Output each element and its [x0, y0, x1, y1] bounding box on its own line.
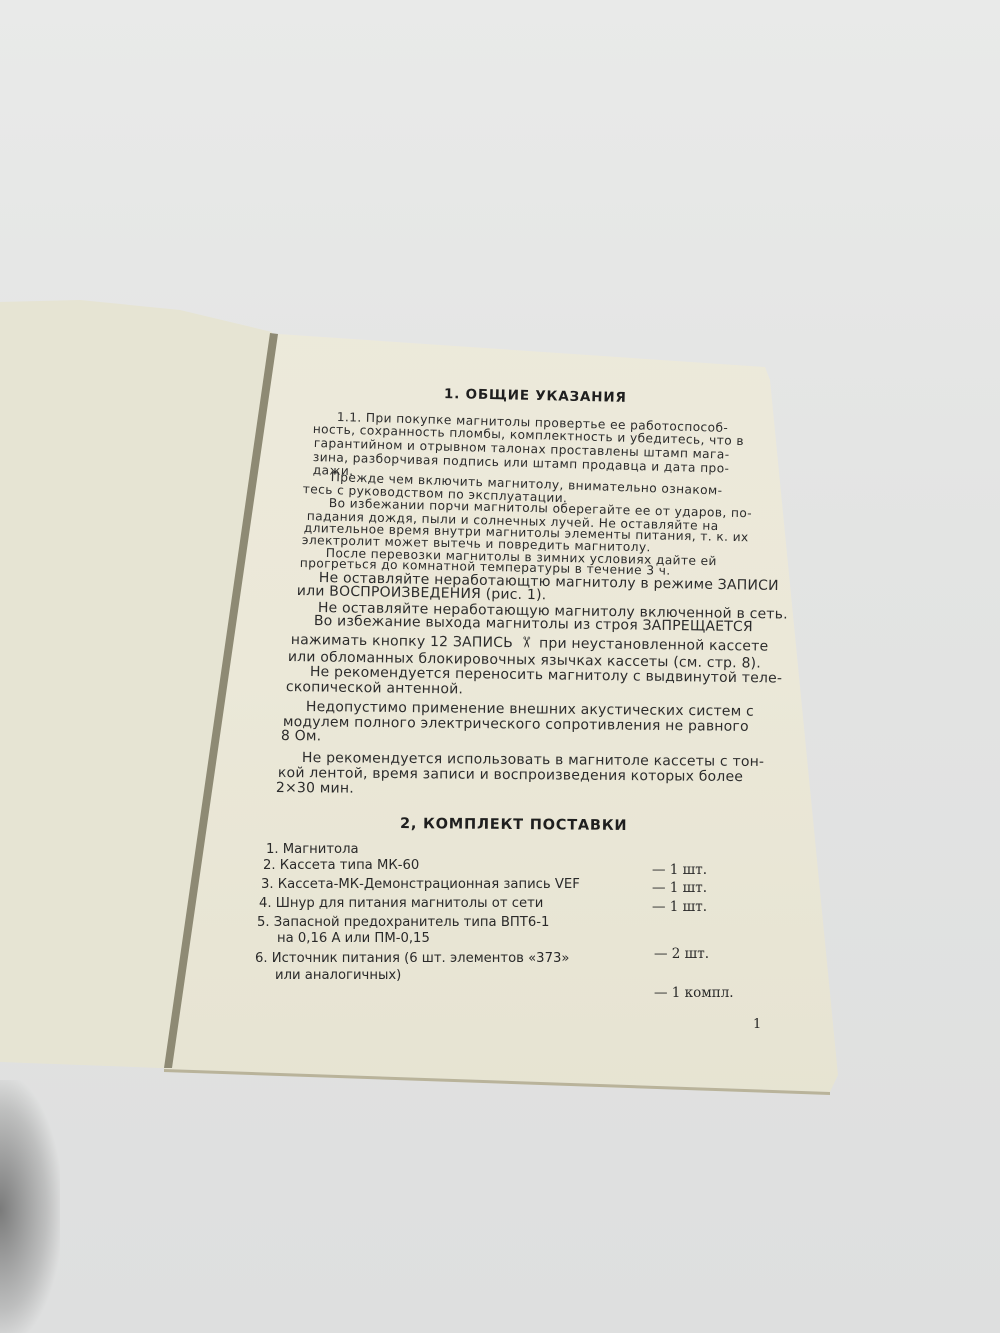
page-content: 1. ОБЩИЕ УКАЗАНИЯ 1.1. При покупке магни…: [0, 0, 1000, 1333]
item-number: 4.: [259, 896, 272, 911]
item-text: Запасной предохранитель типа ВПТ6-1: [274, 915, 550, 930]
page-number: 1: [753, 1017, 761, 1032]
list-item: 5. Запасной предохранитель типа ВПТ6-1: [257, 915, 549, 930]
text-line: 8 Ом.: [281, 728, 322, 744]
list-item: 1. Магнитола: [266, 842, 359, 857]
list-item: 6. Источник питания (6 шт. элементов «37…: [255, 951, 569, 966]
record-button-text: нажимать кнопку 12 ЗАПИСЬ: [291, 632, 513, 651]
item-text: Магнитола: [283, 842, 359, 857]
item-text: Источник питания (6 шт. элементов «373»: [272, 951, 570, 966]
item-text: Шнур для питания магнитолы от сети: [276, 896, 544, 911]
record-symbol-icon: ✂: [517, 636, 535, 649]
item-text: Кассета-МК-Демонстрационная запись VEF: [278, 877, 580, 892]
list-item-continuation: или аналогичных): [275, 968, 401, 983]
item-quantity: — 1 шт.: [652, 880, 707, 896]
item-text: Кассета типа МК-60: [280, 858, 419, 873]
item-quantity: — 1 шт.: [652, 862, 707, 878]
item-quantity: — 1 шт.: [652, 899, 707, 915]
list-item: 2. Кассета типа МК-60: [263, 858, 419, 873]
list-item-continuation: на 0,16 А или ПМ-0,15: [277, 931, 430, 946]
list-item: 4. Шнур для питания магнитолы от сети: [259, 896, 543, 911]
text-line: скопической антенной.: [286, 679, 463, 697]
item-number: 2.: [263, 858, 276, 873]
item-quantity: — 1 компл.: [654, 985, 734, 1001]
record-button-text-cont: при неустановленной кассете: [539, 635, 768, 654]
item-number: 6.: [255, 951, 268, 966]
section-1-title: 1. ОБЩИЕ УКАЗАНИЯ: [444, 386, 627, 406]
item-number: 5.: [257, 915, 270, 930]
list-item: 3. Кассета-МК-Демонстрационная запись VE…: [261, 877, 580, 892]
item-number: 1.: [266, 842, 279, 857]
item-quantity: — 2 шт.: [654, 946, 709, 962]
text-line: 2×30 мин.: [276, 780, 354, 797]
item-number: 3.: [261, 877, 274, 892]
section-2-title: 2, КОМПЛЕКТ ПОСТАВКИ: [400, 816, 628, 834]
